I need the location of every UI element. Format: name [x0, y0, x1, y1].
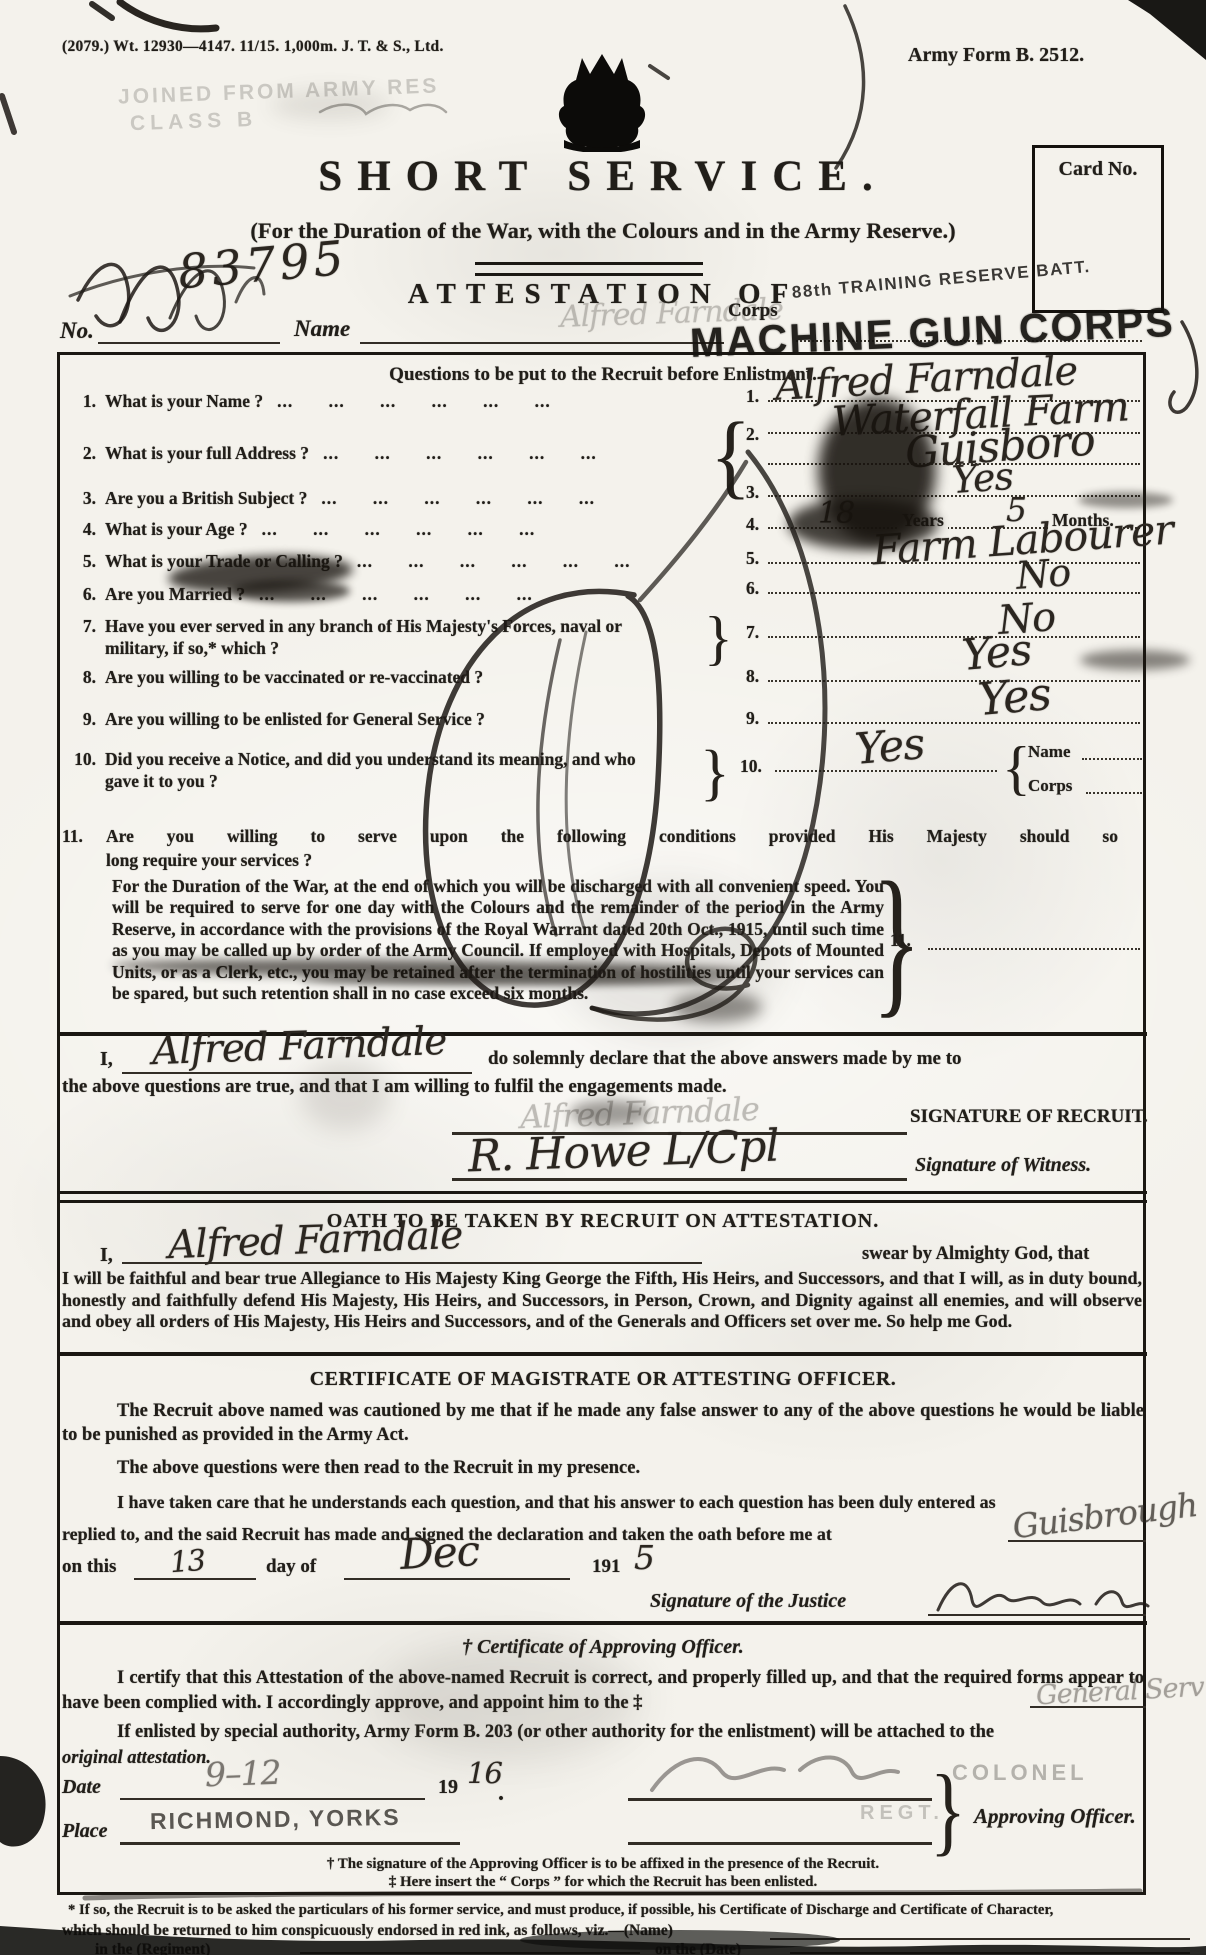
- answer-10-bracket: {: [1002, 738, 1031, 798]
- question-8-text: Are you willing to be vaccinated or re-v…: [105, 666, 483, 688]
- question-4: 4. What is your Age ? ... ... ... ... ..…: [62, 518, 712, 540]
- magistrate-heading: CERTIFICATE OF MAGISTRATE OR ATTESTING O…: [0, 1368, 1206, 1391]
- question-5: 5. What is your Trade or Calling ? ... .…: [62, 550, 712, 572]
- ink-smudge-q8: [1080, 650, 1190, 670]
- answer-10-corps-line: [1086, 792, 1142, 794]
- magistrate-para1: The Recruit above named was cautioned by…: [62, 1400, 1144, 1447]
- declaration-text-line1: do solemnly declare that the above answe…: [488, 1048, 962, 1070]
- oath-body: I will be faithful and bear true Allegia…: [62, 1268, 1142, 1333]
- question-3: 3. Are you a British Subject ? ... ... .…: [62, 487, 712, 509]
- oath-bottom-rule: [57, 1352, 1147, 1356]
- printer-imprint: (2079.) Wt. 12930—4147. 11/15. 1,000m. J…: [62, 38, 444, 56]
- page-title: SHORT SERVICE.: [0, 152, 1206, 201]
- year-period: .: [498, 1780, 504, 1807]
- question-2: 2. What is your full Address ? ... ... .…: [62, 442, 712, 464]
- ink-smear-left2: [230, 580, 350, 602]
- answer-7-line: [768, 636, 1140, 638]
- question-6-number: 6.: [62, 583, 105, 605]
- appointed-corps-line: [1030, 1706, 1146, 1708]
- answer-8-number: 8.: [746, 666, 759, 687]
- signature-of-recruit-label: SIGNATURE OF RECRUIT.: [910, 1106, 1148, 1128]
- day-handwritten: 13: [169, 1543, 206, 1579]
- attestation-rule: [475, 262, 703, 276]
- month-handwritten: Dec: [399, 1526, 481, 1579]
- magistrate-para2: The above questions were then read to th…: [117, 1458, 640, 1479]
- footer-name-line: [770, 1938, 1190, 1940]
- richmond-place-stamp: RICHMOND, YORKS: [150, 1804, 401, 1835]
- question-1-number: 1.: [62, 390, 105, 412]
- question-10-brace: }: [700, 742, 730, 804]
- question-9: 9. Are you willing to be enlisted for Ge…: [62, 708, 722, 730]
- answer-10-number: 10.: [740, 756, 762, 777]
- day-of-label: day of: [266, 1556, 316, 1578]
- paper-stain-4: [380, 1640, 640, 1760]
- question-3-text: Are you a British Subject ?: [105, 487, 307, 509]
- question-11-line2: long require your services ?: [106, 850, 312, 871]
- answer-2-number: 2.: [746, 424, 759, 445]
- declaration-i-label: I,: [100, 1048, 113, 1071]
- answer-9-handwritten: Yes: [976, 667, 1053, 726]
- magistrate-bottom-rule: [57, 1621, 1147, 1625]
- paper-stain-2: [300, 1060, 390, 1130]
- answer-10-name-line: [1082, 758, 1142, 760]
- answer-9-line: [768, 722, 1140, 724]
- question-7-text: Have you ever served in any branch of Hi…: [105, 615, 662, 659]
- question-5-number: 5.: [62, 550, 105, 572]
- question-10-text: Did you receive a Notice, and did you un…: [105, 748, 658, 792]
- question-1-leaders: ... ... ... ... ... ...: [263, 390, 712, 412]
- answer-10-handwritten: Yes: [853, 719, 926, 775]
- oath-i-label: I,: [100, 1244, 113, 1267]
- answer-3-handwritten: Yes: [951, 454, 1015, 502]
- approving-officer-label: Approving Officer.: [974, 1804, 1136, 1829]
- attestation-form-scan: (2079.) Wt. 12930—4147. 11/15. 1,000m. J…: [0, 0, 1206, 1955]
- place-label: Place: [62, 1820, 108, 1843]
- question-11-line1: Are you willing to serve upon the follow…: [106, 826, 1118, 847]
- on-this-label: on this: [62, 1556, 116, 1578]
- justice-label: Signature of the Justice: [650, 1590, 846, 1613]
- year-print: 191: [592, 1556, 621, 1578]
- royal-crest: [556, 52, 648, 157]
- footnote-dagger: † The signature of the Approving Officer…: [0, 1856, 1206, 1873]
- question-10-number: 10.: [62, 748, 105, 770]
- year-handwritten: 16: [467, 1756, 502, 1790]
- answer-6-handwritten: No: [1015, 550, 1072, 598]
- month-line: [344, 1578, 570, 1580]
- footer-note-line1: * If so, the Recruit is to be asked the …: [68, 1902, 1053, 1919]
- witness-signature-handwritten: R. Howe L/Cpl: [467, 1121, 779, 1183]
- day-line: [134, 1578, 256, 1580]
- officer-signature-line1: [628, 1798, 932, 1801]
- date-handwritten: 9–12: [204, 1753, 281, 1795]
- question-3-number: 3.: [62, 487, 105, 509]
- place-line: [120, 1842, 460, 1845]
- question-3-leaders: ... ... ... ... ... ...: [307, 487, 712, 509]
- answer-7-number: 7.: [746, 622, 759, 643]
- approving-para2-line2: original attestation.: [62, 1748, 211, 1769]
- date-label: Date: [62, 1776, 101, 1799]
- officer-signature-line2: [628, 1842, 932, 1845]
- question-4-text: What is your Age ?: [105, 518, 248, 540]
- name-line: [360, 342, 724, 344]
- year-prefix: 19: [438, 1776, 458, 1799]
- oath-lead-text: swear by Almighty God, that: [862, 1244, 1089, 1265]
- footer-date-line: [790, 1952, 1190, 1954]
- question-10: 10. Did you receive a Notice, and did yo…: [62, 748, 658, 792]
- footer-date-label: on the (Date): [655, 1941, 741, 1955]
- answer-10-name-label: Name: [1028, 742, 1070, 762]
- question-8: 8. Are you willing to be vaccinated or r…: [62, 666, 722, 688]
- question-9-text: Are you willing to be enlisted for Gener…: [105, 708, 485, 730]
- question-9-number: 9.: [62, 708, 105, 730]
- answer-6-number: 6.: [746, 578, 759, 599]
- question-1-text: What is your Name ?: [105, 390, 263, 412]
- answer-6-line: [768, 592, 1140, 594]
- magistrate-para3-line1: I have taken care that he understands ea…: [117, 1492, 996, 1513]
- paper-stain-3: [560, 880, 780, 1040]
- oath-place-line: [1008, 1540, 1146, 1542]
- answer-4-number: 4.: [746, 514, 759, 535]
- double-rule-bottom: [57, 1200, 1147, 1203]
- justice-signature-line: [928, 1614, 1146, 1616]
- question-7: 7. Have you ever served in any branch of…: [62, 615, 662, 659]
- question-7-brace: }: [704, 608, 733, 668]
- answer-5-number: 5.: [746, 548, 759, 569]
- question-7-number: 7.: [62, 615, 105, 637]
- no-label: No.: [60, 318, 94, 344]
- ink-smudge-right-small: [1078, 492, 1173, 508]
- form-number: Army Form B. 2512.: [908, 44, 1084, 67]
- page-subtitle: (For the Duration of the War, with the C…: [0, 218, 1206, 244]
- question-2-leaders: ... ... ... ... ... ...: [309, 442, 712, 464]
- witness-signature-line: [452, 1178, 907, 1181]
- question-6: 6. Are you Married ? ... ... ... ... ...…: [62, 583, 712, 605]
- paper-stain-1: [270, 90, 390, 120]
- date-line: [120, 1798, 425, 1800]
- footnote-double-dagger: ‡ Here insert the “ Corps ” for which th…: [0, 1874, 1206, 1891]
- footer-regiment-label: in the (Regiment): [95, 1941, 210, 1955]
- ink-smudge-declaration: [570, 1100, 650, 1126]
- year-digit-handwritten: 5: [634, 1538, 654, 1577]
- question-2-number: 2.: [62, 442, 105, 464]
- approving-officer-brace: }: [930, 1760, 966, 1860]
- card-no-label: Card No.: [1035, 158, 1161, 181]
- answer-10-corps-label: Corps: [1028, 776, 1072, 796]
- question-8-number: 8.: [62, 666, 105, 688]
- question-1: 1. What is your Name ? ... ... ... ... .…: [62, 390, 712, 412]
- no-line: [98, 342, 280, 344]
- question-11-number: 11.: [62, 826, 83, 847]
- question-5-leaders: ... ... ... ... ... ...: [343, 550, 712, 572]
- answer-3-number: 3.: [746, 482, 759, 503]
- joined-stamp-line2: CLASS B: [130, 108, 258, 136]
- footer-regiment-line: [300, 1952, 640, 1954]
- question-4-number: 4.: [62, 518, 105, 540]
- answer-8-line: [768, 680, 1140, 682]
- signature-of-witness-label: Signature of Witness.: [915, 1154, 1091, 1177]
- answer-9-number: 9.: [746, 708, 759, 729]
- name-label: Name: [294, 316, 350, 342]
- colonel-stamp-faint: COLONEL: [952, 1760, 1088, 1786]
- approving-heading: † Certificate of Approving Officer.: [0, 1636, 1206, 1659]
- question-2-text: What is your full Address ?: [105, 442, 309, 464]
- question-4-leaders: ... ... ... ... ... ...: [248, 518, 712, 540]
- double-rule-top: [57, 1191, 1147, 1194]
- answer-11-line: [928, 948, 1140, 950]
- ink-blot-address2: [788, 498, 938, 550]
- answer-11-number: 11.: [890, 930, 911, 951]
- footer-note-line2: which should be returned to him conspicu…: [62, 1922, 673, 1940]
